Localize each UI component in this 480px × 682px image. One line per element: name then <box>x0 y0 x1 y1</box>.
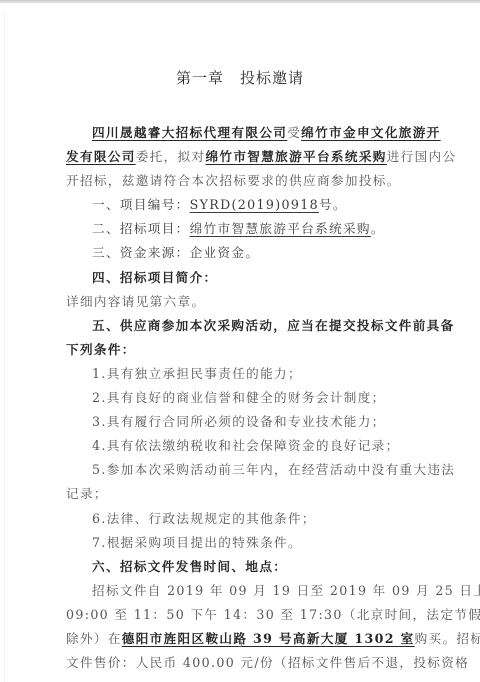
section-label: 二、招标项目： <box>92 221 190 236</box>
section-fund-source: 三、资金来源：企业资金。 <box>66 241 420 265</box>
section-tender-project: 二、招标项目：绵竹市智慧旅游平台系统采购。 <box>66 217 420 241</box>
condition-item: 6.法律、行政法规规定的其他条件； <box>66 507 420 531</box>
section-suffix: 号。 <box>319 197 347 212</box>
chapter-title: 第一章 投标邀请 <box>0 67 480 88</box>
condition-item: 2.具有良好的商业信誉和健全的财务会计制度； <box>66 386 420 410</box>
intro-text: 委托，拟对 <box>136 149 206 164</box>
project-name: 绵竹市智慧旅游平台系统采购 <box>205 149 386 164</box>
condition-item-cont: 记录； <box>66 482 420 506</box>
intro-line-1: 四川晟越睿大招标代理有限公司受绵竹市金申文化旅游开 <box>66 121 420 145</box>
condition-item: 7.根据采购项目提出的特殊条件。 <box>66 531 420 555</box>
section-supplier-requirements-cont: 下列条件： <box>66 338 420 362</box>
page-number: 3 <box>0 640 480 649</box>
intro-text: 进行国内公 <box>387 149 457 164</box>
project-number-value: SYRD(2019)0918 <box>190 197 319 212</box>
intro-line-2: 发有限公司委托，拟对绵竹市智慧旅游平台系统采购进行国内公 <box>66 145 420 169</box>
condition-item: 3.具有履行合同所必须的设备和专业技术能力； <box>66 410 420 434</box>
section-project-summary: 四、招标项目简介： <box>66 266 420 290</box>
condition-item: 4.具有依法缴纳税收和社会保障资金的良好记录； <box>66 434 420 458</box>
client-name-part2: 发有限公司 <box>66 149 136 164</box>
section-summary-detail: 详细内容请见第六章。 <box>66 290 420 314</box>
sale-text-line: 文件售价：人民币 400.00 元/份（招标文件售后不退，投标资格 <box>66 651 420 675</box>
section-sale-heading: 六、招标文件发售时间、地点： <box>66 555 420 579</box>
document-body: 四川晟越睿大招标代理有限公司受绵竹市金申文化旅游开 发有限公司委托，拟对绵竹市智… <box>66 121 420 675</box>
tender-project-value: 绵竹市智慧旅游平台系统采购 <box>190 221 371 236</box>
agent-name: 四川晟越睿大招标代理有限公司 <box>92 125 287 140</box>
section-label: 一、项目编号： <box>92 197 190 212</box>
sale-text-line: 09:00 至 11：50 下午 14：30 至 17:30（北京时间，法定节假… <box>66 603 420 627</box>
intro-text: 受 <box>287 125 301 140</box>
section-project-number: 一、项目编号：SYRD(2019)0918号。 <box>66 193 420 217</box>
client-name-part1: 绵竹市金申文化旅游开 <box>301 125 440 140</box>
section-supplier-requirements: 五、供应商参加本次采购活动，应当在提交投标文件前具备 <box>66 314 420 338</box>
sale-text-line: 招标文件自 2019 年 09 月 19 日至 2019 年 09 月 25 日… <box>66 579 420 603</box>
condition-item: 5.参加本次采购活动前三年内，在经营活动中没有重大违法 <box>66 458 420 482</box>
intro-line-3: 开招标，兹邀请符合本次招标要求的供应商参加投标。 <box>66 169 420 193</box>
condition-item: 1.具有独立承担民事责任的能力； <box>66 362 420 386</box>
document-page: 第一章 投标邀请 四川晟越睿大招标代理有限公司受绵竹市金申文化旅游开 发有限公司… <box>0 0 480 682</box>
section-suffix: 。 <box>371 221 385 236</box>
